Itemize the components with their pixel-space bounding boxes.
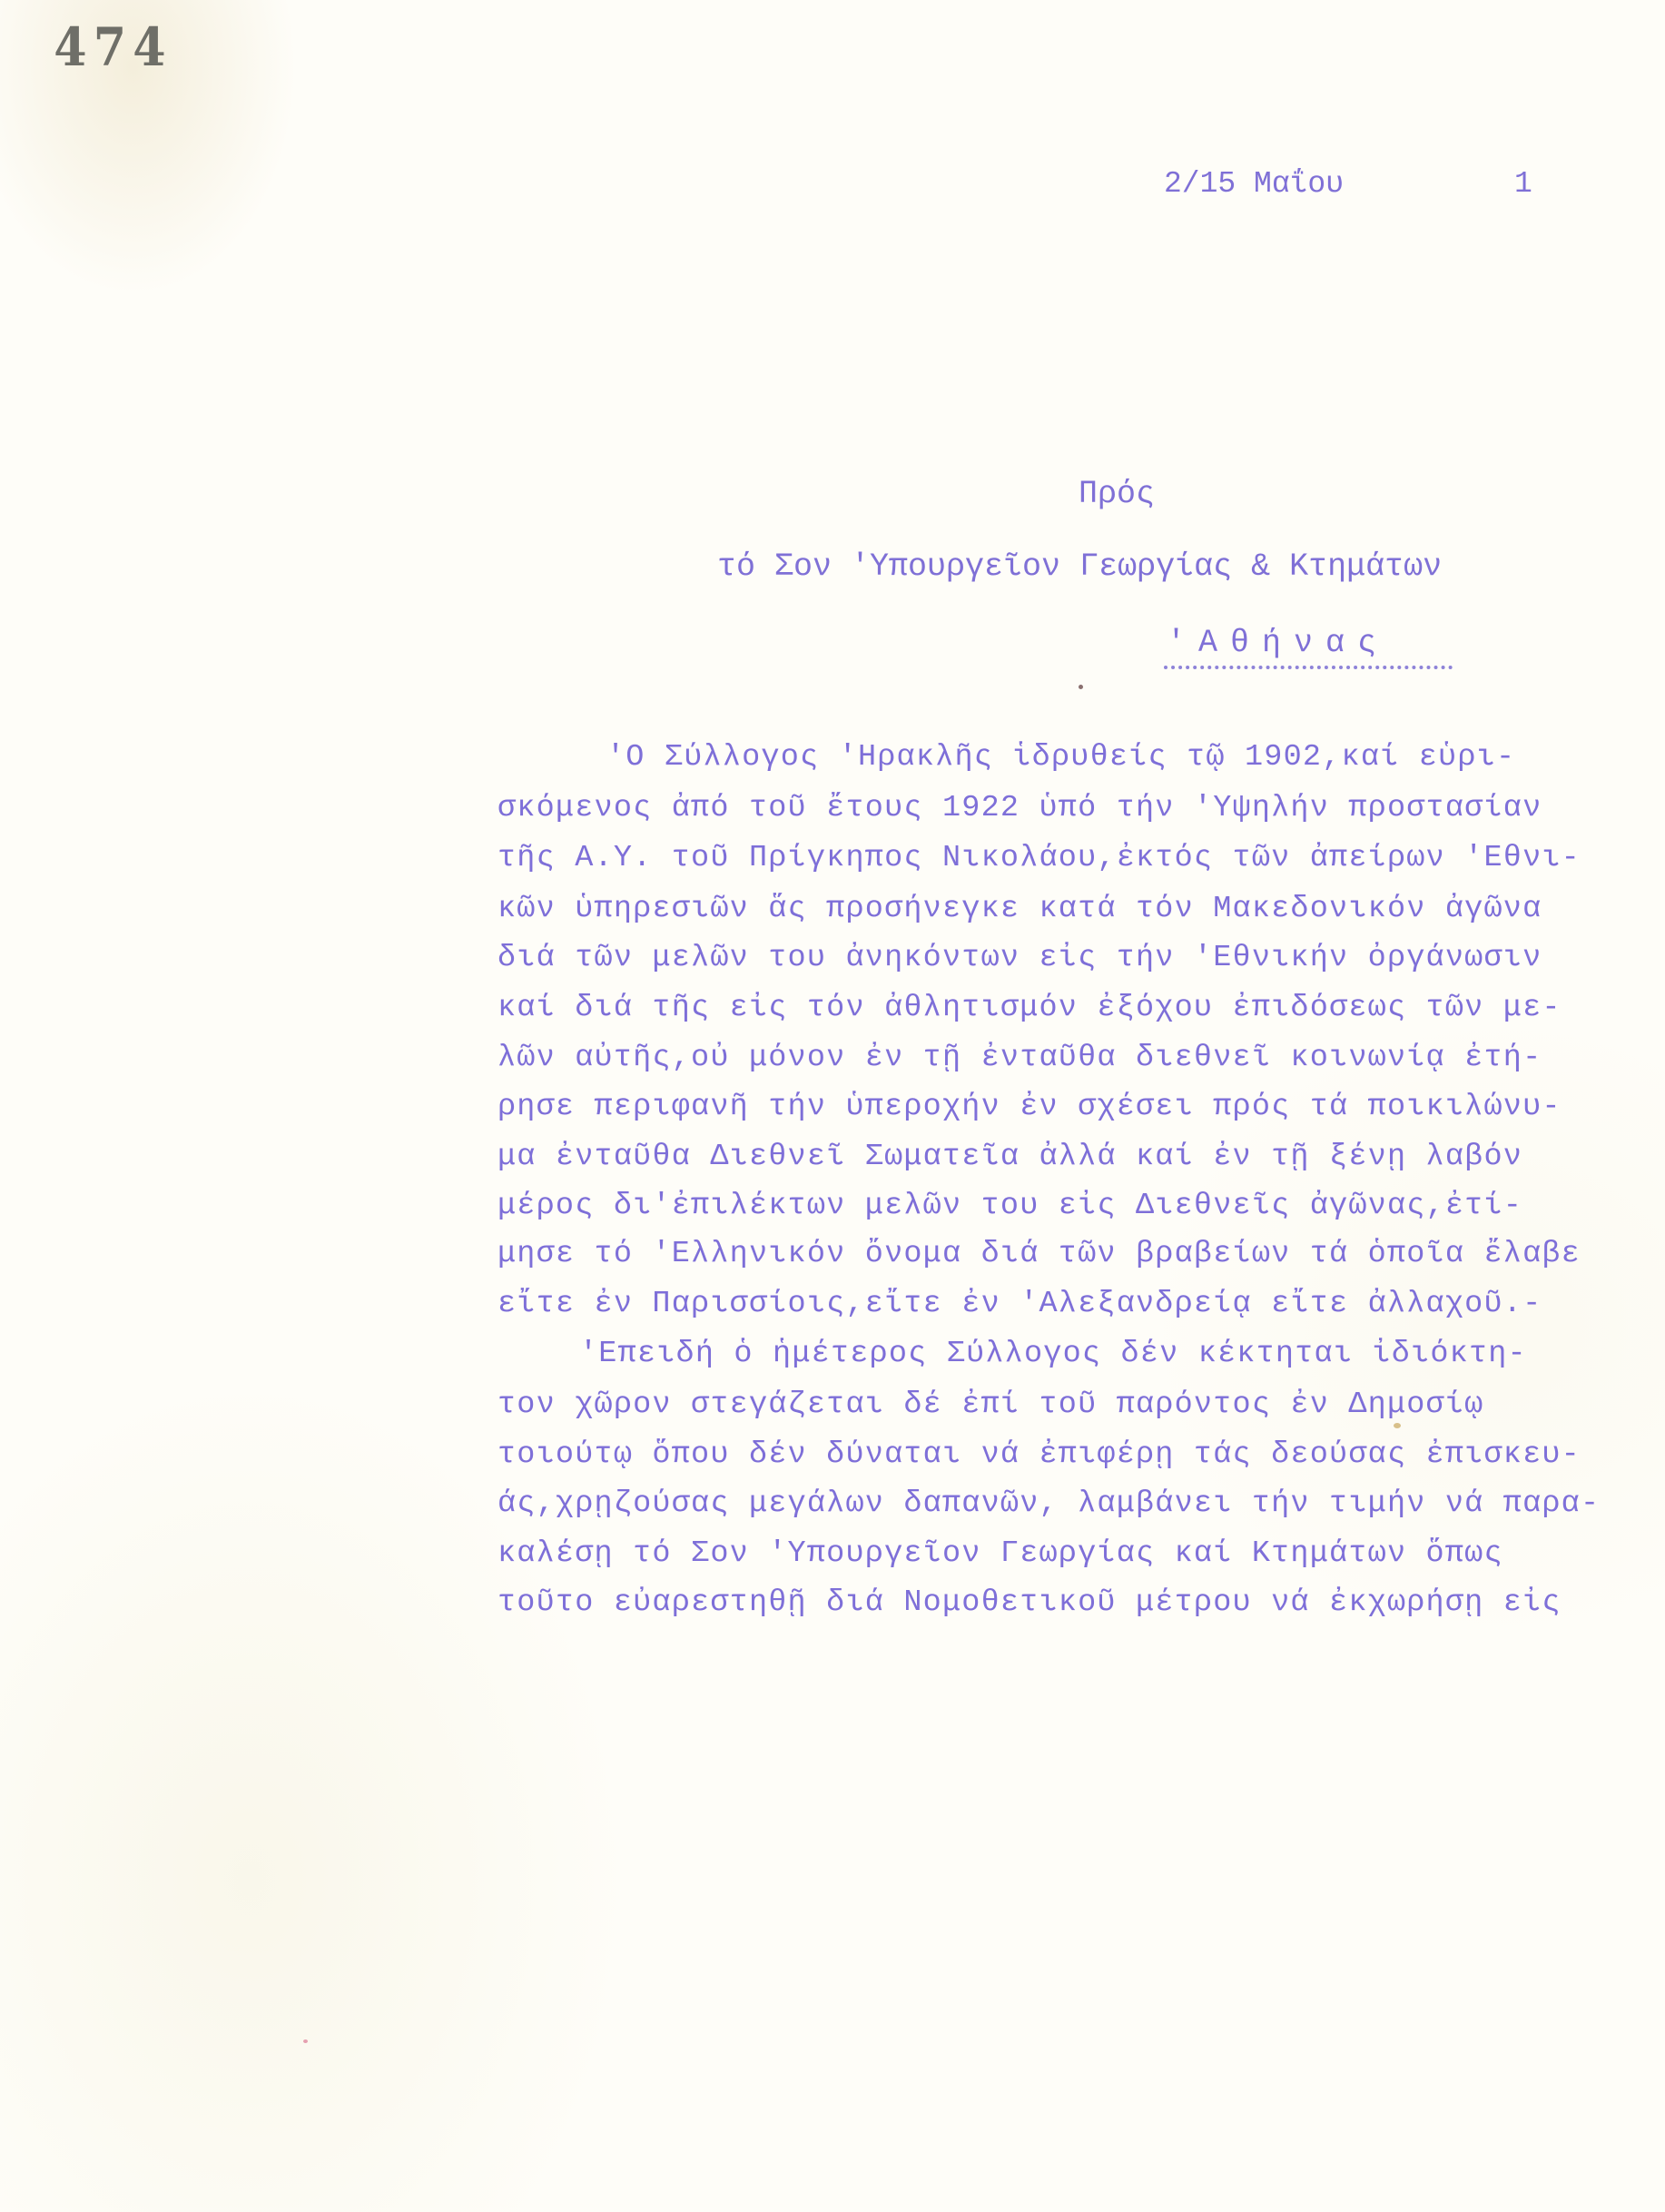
body-line: τοῦτο εὐαρεστηθῇ διά Νομοθετικοῦ μέτρου …: [498, 1585, 1562, 1620]
page-number: 1: [1514, 167, 1532, 201]
body-line: 'Επειδή ὁ ἡμέτερος Σύλλογος δέν κέκτηται…: [579, 1337, 1527, 1371]
city-underline: [1164, 666, 1453, 669]
letter-date: 2/15 Μαΐου: [1164, 167, 1344, 201]
paper-speck: [1394, 1423, 1401, 1428]
body-line: λῶν αὐτῆς,οὐ μόνον ἐν τῇ ἐνταῦθα διεθνεῖ…: [498, 1041, 1542, 1075]
paper-speck: [1079, 685, 1083, 689]
body-line: 'Ο Σύλλογος 'Ηρακλῆς ἱδρυθείς τῷ 1902,κα…: [606, 740, 1515, 775]
archive-number-stamp: 474: [54, 16, 172, 78]
body-line: καί διά τῆς εἰς τόν ἀθλητισμόν ἐξόχου ἐπ…: [498, 991, 1562, 1025]
body-line: άς,χρῃζούσας μεγάλων δαπανῶν, λαμβάνει τ…: [498, 1486, 1600, 1521]
body-line: κῶν ὑπηρεσιῶν ἅς προσήνεγκε κατά τόν Μακ…: [498, 892, 1542, 926]
body-line: μα ἐνταῦθα Διεθνεῖ Σωματεῖα ἀλλά καί ἐν …: [498, 1140, 1522, 1174]
paper-speck: [303, 2039, 308, 2043]
body-line: μέρος δι'ἐπιλέκτων μελῶν του εἰς Διεθνεῖ…: [498, 1189, 1522, 1223]
body-line: σκόμενος ἀπό τοῦ ἔτους 1922 ὑπό τήν 'Υψη…: [498, 791, 1542, 825]
body-line: εἴτε ἐν Παρισσίοις,εἴτε ἐν 'Αλεξανδρείᾳ …: [498, 1287, 1542, 1321]
body-line: διά τῶν μελῶν του ἀνηκόντων εἰς τήν 'Εθν…: [498, 941, 1542, 975]
addressee-ministry: τό Σον 'Υπουργεῖον Γεωργίας & Κτημάτων: [717, 548, 1442, 585]
body-line: τον χῶρον στεγάζεται δέ ἐπί τοῦ παρόντος…: [498, 1387, 1483, 1422]
addressee-city: 'Αθήνας: [1167, 625, 1389, 661]
addressee-prefix: Πρός: [1079, 476, 1155, 512]
body-line: τοιούτῳ ὅπου δέν δύναται νά ἐπιφέρῃ τάς …: [498, 1437, 1581, 1472]
body-line: καλέσῃ τό Σον 'Υπουργεῖον Γεωργίας καί Κ…: [498, 1536, 1503, 1571]
body-line: μησε τό 'Ελληνικόν ὄνομα διά τῶν βραβείω…: [498, 1237, 1581, 1271]
body-line: τῆς Α.Υ. τοῦ Πρίγκηπος Νικολάου,ἐκτός τῶ…: [498, 841, 1581, 875]
body-line: ρησε περιφανῆ τήν ὑπεροχήν ἐν σχέσει πρό…: [498, 1090, 1562, 1124]
